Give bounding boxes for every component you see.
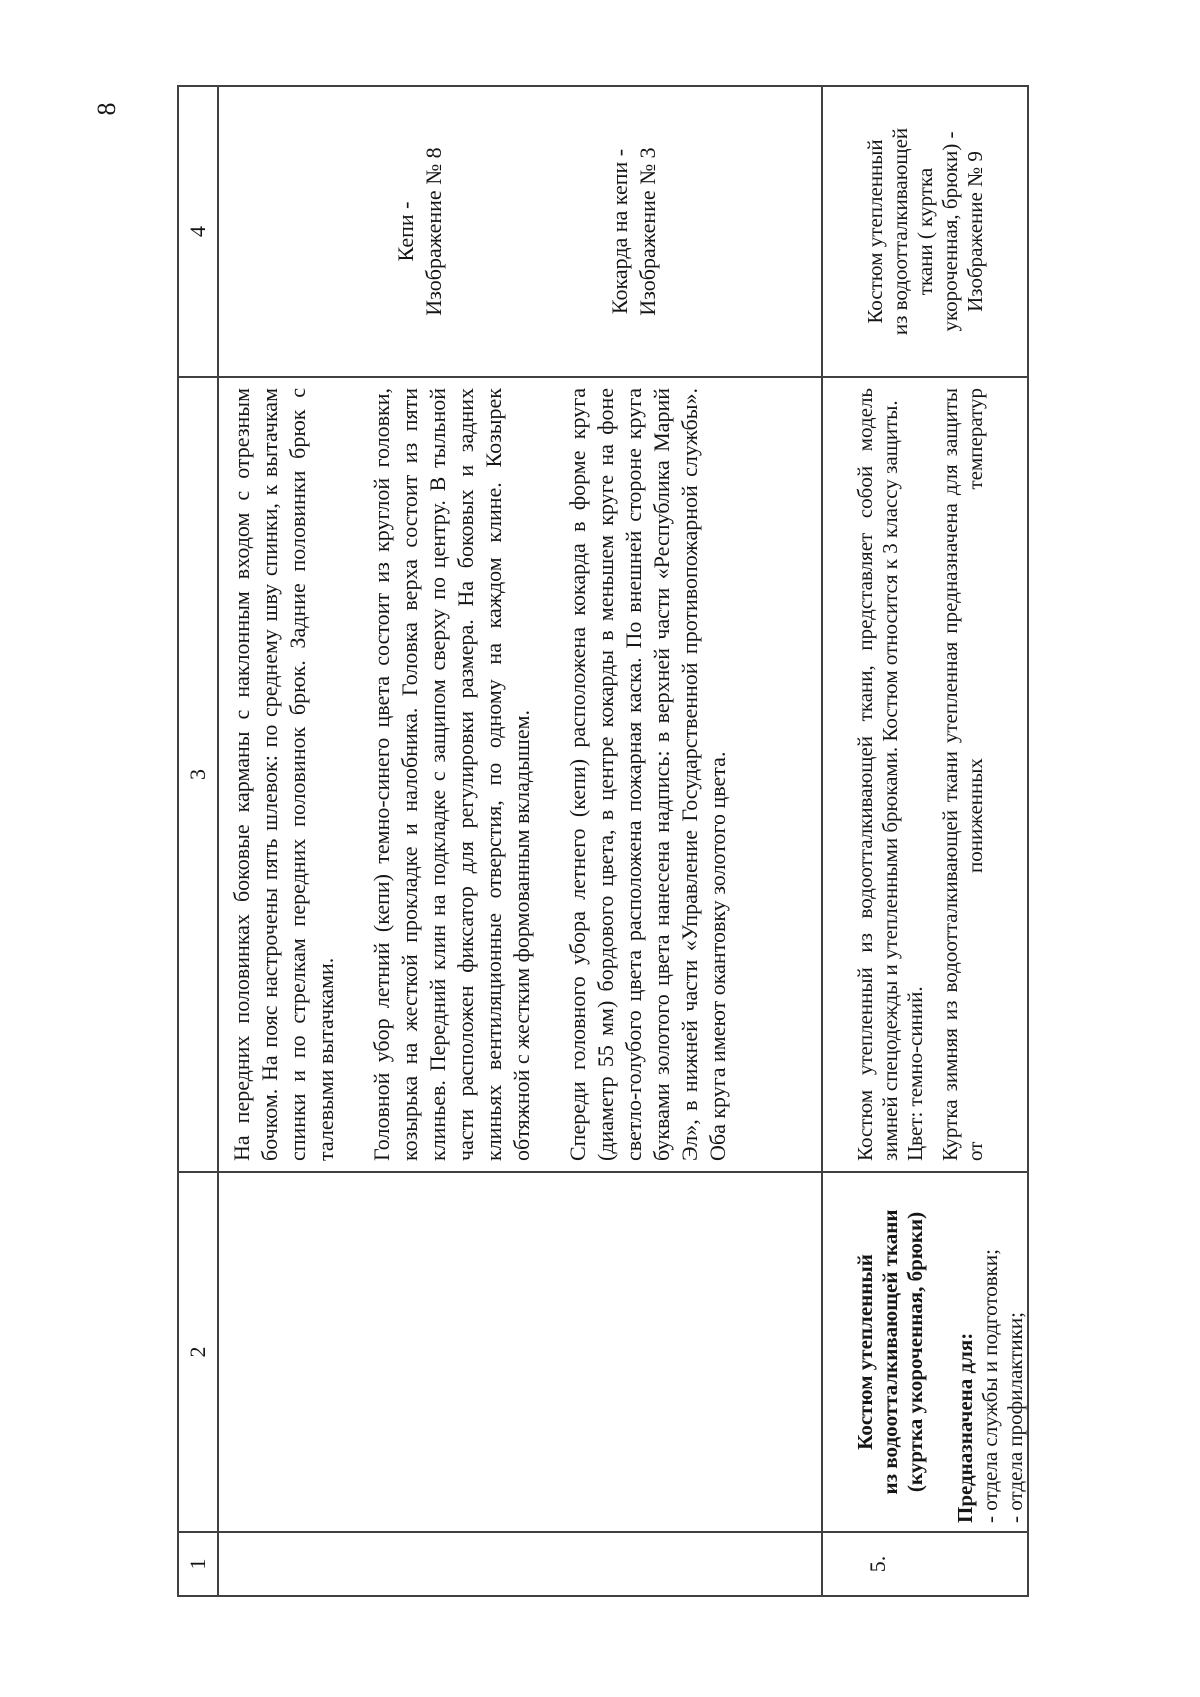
description-paragraph-cap: Головной убор летний (кепи) темно-синего… xyxy=(368,388,536,1161)
page-number: 8 xyxy=(92,89,122,129)
item-title: Костюм утепленный из водоотталкивающей т… xyxy=(853,1181,928,1523)
image-ref-suit-line4: укороченная, брюки) - xyxy=(938,93,963,370)
purpose-heading: Предназначена для: xyxy=(953,1181,978,1523)
image-reference-cell-row5: Костюм утепленный из водоотталкивающей т… xyxy=(823,87,1027,376)
description-cell-row5: Костюм утепленный из водоотталкивающей т… xyxy=(823,378,1027,1171)
image-ref-kepi-line2: Изображение № 8 xyxy=(420,93,448,370)
image-ref-suit-line3: ткани ( куртка xyxy=(913,93,938,370)
description-paragraph-suit: Костюм утепленный из водоотталкивающей т… xyxy=(853,388,903,1161)
image-reference-cell: Кепи - Изображение № 8 Кокарда на кепи -… xyxy=(219,87,821,376)
item-name-cell: Костюм утепленный из водоотталкивающей т… xyxy=(823,1173,1027,1531)
description-paragraph-cockade: Спереди головного убора летнего (кепи) р… xyxy=(564,388,732,1161)
header-cell-2: 2 xyxy=(179,1173,217,1531)
image-ref-kepi: Кепи - Изображение № 8 xyxy=(392,93,448,370)
document-page: 8 1 2 3 4 На передних половинках боковые… xyxy=(0,0,1200,1697)
item-title-line2: из водоотталкивающей ткани xyxy=(878,1181,903,1523)
table-row-continuation: На передних половинках боковые карманы с… xyxy=(218,86,822,1596)
row-number-cell-empty xyxy=(219,1533,821,1595)
purpose-item-2: - отдела профилактики; xyxy=(1003,1181,1027,1523)
image-ref-suit-line5: Изображение № 9 xyxy=(963,93,988,370)
image-ref-kokarda: Кокарда на кепи - Изображение № 3 xyxy=(606,93,662,370)
image-ref-suit-line1: Костюм утепленный xyxy=(863,93,888,370)
item-name-cell-empty xyxy=(219,1173,821,1531)
item-title-line1: Костюм утепленный xyxy=(853,1181,878,1523)
table-header-row: 1 2 3 4 xyxy=(178,86,218,1596)
row-number-cell: 5. xyxy=(823,1533,1027,1595)
image-ref-kepi-line1: Кепи - xyxy=(392,93,420,370)
description-color-line: Цвет: темно-синий. xyxy=(903,388,928,1161)
description-paragraph-jacket: Куртка зимняя из водоотталкивающей ткани… xyxy=(938,388,988,1161)
image-ref-kokarda-line1: Кокарда на кепи - xyxy=(606,93,634,370)
table-row-5: 5. Костюм утепленный из водоотталкивающе… xyxy=(822,86,1028,1596)
description-cell: На передних половинках боковые карманы с… xyxy=(219,378,821,1171)
header-cell-1: 1 xyxy=(179,1533,217,1595)
image-ref-kokarda-line2: Изображение № 3 xyxy=(634,93,662,370)
description-paragraph-trousers: На передних половинках боковые карманы с… xyxy=(228,388,340,1161)
header-cell-3: 3 xyxy=(179,378,217,1171)
image-ref-suit-line2: из водоотталкивающей xyxy=(888,93,913,370)
uniform-spec-table: 1 2 3 4 На передних половинках боковые к… xyxy=(177,85,1029,1597)
purpose-item-1: - отдела службы и подготовки; xyxy=(978,1181,1003,1523)
header-cell-4: 4 xyxy=(179,87,217,376)
item-title-line3: (куртка укороченная, брюки) xyxy=(903,1181,928,1523)
